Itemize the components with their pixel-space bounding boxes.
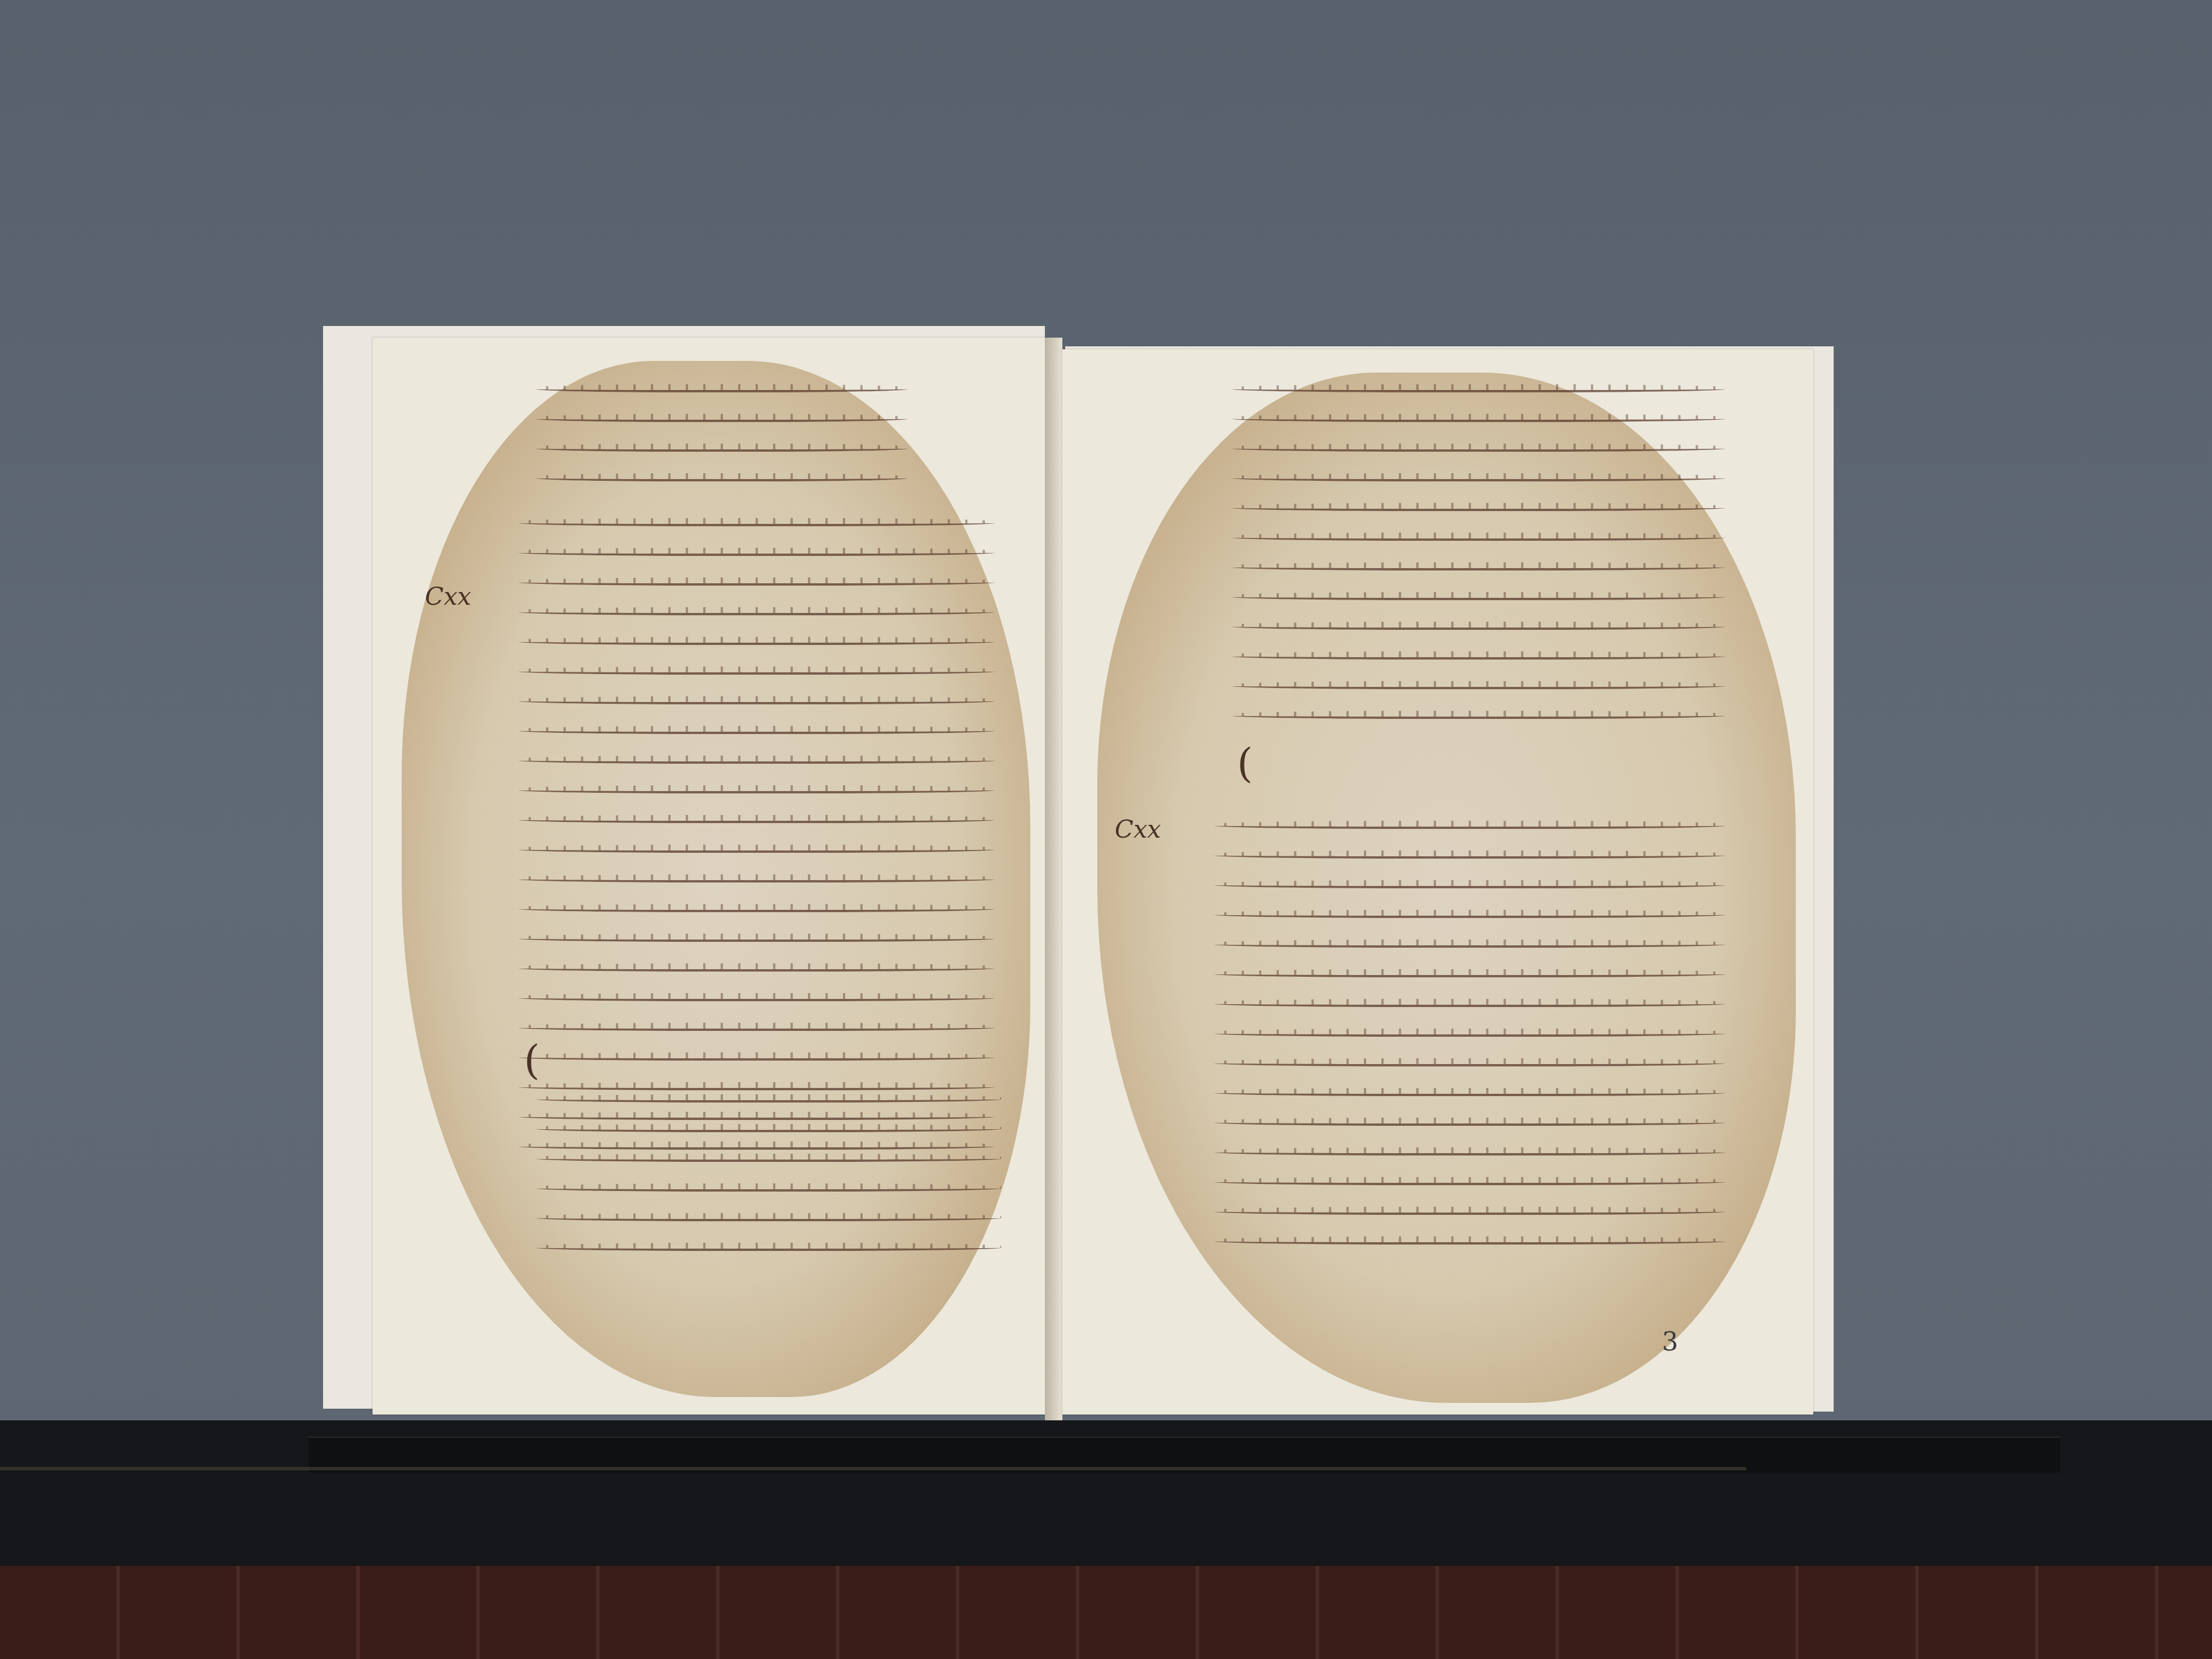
text-block-top-fragment <box>536 384 908 503</box>
margin-note: Cxx <box>425 582 472 611</box>
right-page: ( Cxx 3 <box>1062 349 1813 1415</box>
paragraph-mark: ( <box>524 1036 540 1084</box>
tiled-floor <box>0 1566 2212 1659</box>
text-block-main <box>518 518 995 1171</box>
text-block-first <box>1231 384 1726 740</box>
shelf-highlight <box>0 1467 1746 1470</box>
page-number: 3 <box>1662 1327 1678 1357</box>
book-gutter <box>1045 338 1062 1420</box>
paragraph-mark: ( <box>1237 739 1253 787</box>
margin-note: Cxx <box>1115 815 1161 843</box>
text-block-second <box>536 1094 1001 1272</box>
left-page: Cxx ( <box>373 338 1048 1415</box>
text-block-second <box>1214 821 1726 1266</box>
